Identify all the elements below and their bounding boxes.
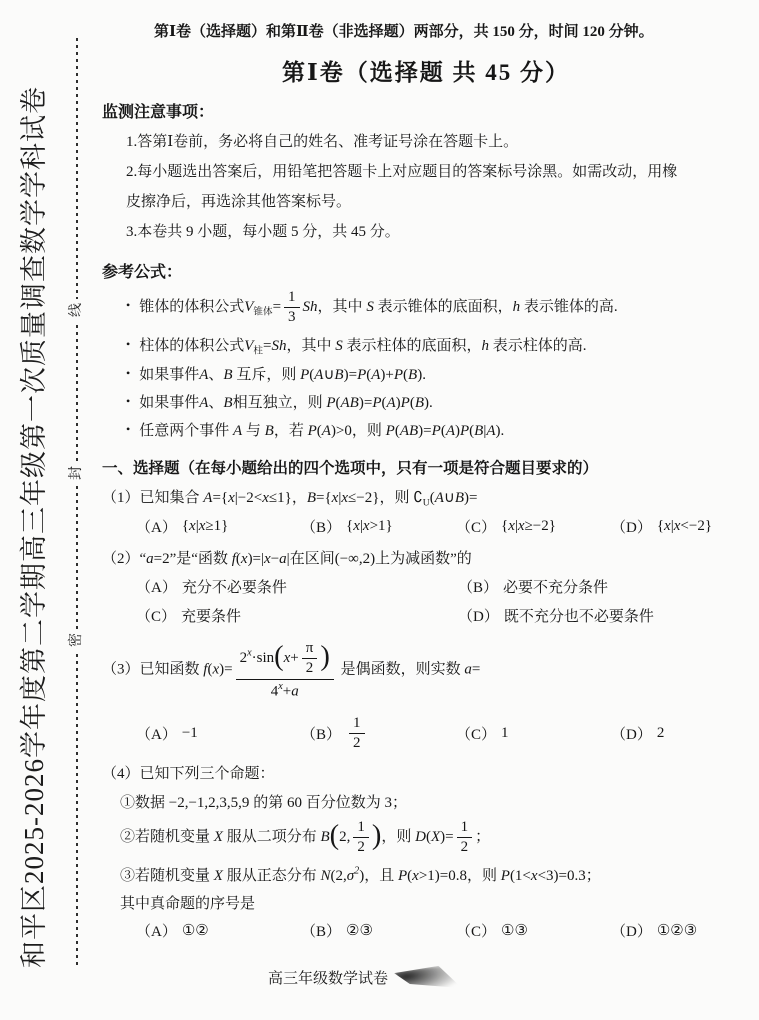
option-label: （C）	[456, 516, 496, 537]
math-run: −2,−1,2,3,5,9	[169, 795, 250, 811]
text-run: 其中真命题的序号是	[120, 896, 255, 912]
fraction: 12	[353, 819, 369, 857]
bullet-icon: •	[126, 298, 130, 312]
math-var: B	[408, 367, 417, 383]
text-run: 是偶函数，则实数	[337, 662, 465, 678]
math-var: P	[394, 367, 403, 383]
option-label: （C）	[136, 605, 176, 626]
text-run: 服从正态分布	[223, 868, 321, 884]
math-var: x	[363, 518, 370, 535]
math-var: h	[481, 338, 489, 354]
options-row: （A）{x|x≥1}（B）{x|x>1}（C）{x|x≥−2}（D）{x|x<−…	[102, 516, 750, 537]
math-run: +	[283, 683, 291, 699]
math-var: B	[415, 395, 424, 411]
option-label: （D）	[611, 920, 652, 941]
math-var: V	[244, 338, 253, 354]
math-var: D	[415, 829, 426, 845]
math-var: x	[262, 490, 269, 506]
option-label: （A）	[136, 920, 177, 941]
fraction-numerator: 2x·sin(x+π2)	[236, 640, 334, 680]
text-run: 既不充分也不必要条件	[504, 605, 654, 626]
text-run: ，其中	[286, 338, 335, 354]
math-run: )=	[219, 662, 232, 678]
math-run: |−2<	[235, 490, 262, 506]
question-stem: （4）已知下列三个命题：	[102, 762, 750, 783]
bullet-icon: •	[126, 337, 130, 351]
option-cell: （D）2	[611, 715, 750, 753]
big-paren: )	[372, 820, 382, 851]
math-run: ).	[496, 423, 505, 439]
math-var: B	[474, 423, 483, 439]
math-var: x	[412, 868, 419, 884]
math-var: A	[199, 395, 208, 411]
math-var: S	[366, 299, 374, 315]
options-row: （A）−1（B）12（C）1（D）2	[102, 715, 750, 753]
text-run: ，	[292, 490, 307, 506]
text-run: ②③	[346, 921, 373, 940]
math-run: ≤−2}	[348, 490, 379, 506]
question-subline: ③若随机变量 X 服从正态分布 N(2,σ2)，且 P(x>1)=0.8，则 P…	[120, 864, 750, 885]
option-label: （D）	[458, 605, 499, 626]
math-run: π	[306, 640, 314, 656]
math-var: σ	[347, 868, 354, 884]
text-run: 在区间	[290, 551, 335, 567]
math-run: <3)=0.3	[538, 868, 586, 884]
option-cell: （B）②③	[301, 920, 456, 941]
math-run: +	[290, 650, 298, 666]
text-run: ，其中	[318, 299, 367, 315]
math-run: )+	[380, 367, 393, 383]
math-run: =	[273, 299, 281, 315]
text-run: ②若随机变量	[120, 829, 214, 845]
math-var: A	[233, 423, 242, 439]
math-run: 2	[240, 650, 248, 666]
math-var: a	[146, 551, 154, 567]
math-run: )=	[464, 490, 477, 506]
math-var: V	[244, 299, 253, 315]
math-var: P	[308, 423, 317, 439]
math-var: A	[446, 423, 455, 439]
bullet-icon: •	[126, 422, 130, 436]
math-run: 1	[353, 715, 361, 731]
math-var: P	[386, 423, 395, 439]
math-var: x	[228, 490, 235, 506]
math-run: <−2}	[680, 518, 712, 535]
question-list: （1）已知集合 A={x|−2<x≤1}，B={x|x≤−2}，则 ∁U(A∪B…	[102, 486, 750, 941]
notice-list: 1.答第Ⅰ卷前，务必将自己的姓名、准考证号涂在答题卡上。2.每小题选出答案后，用…	[102, 127, 750, 247]
math-var: x	[664, 518, 671, 535]
text-run: ”是“函数	[170, 551, 232, 567]
option-cell: （B）必要不充分条件	[458, 576, 750, 597]
options-row: （A）①②（B）②③（C）①③（D）①②③	[102, 920, 750, 941]
seal-char: 封	[66, 462, 88, 484]
option-cell: （C）①③	[456, 920, 611, 941]
math-var: AB	[341, 395, 359, 411]
math-run: −	[271, 551, 279, 567]
text-run: 、	[208, 395, 223, 411]
option-label: （D）	[611, 516, 652, 537]
question-stem: （1）已知集合 A={x|−2<x≤1}，B={x|x≤−2}，则 ∁U(A∪B…	[102, 486, 750, 508]
text-run: 任意两个事件	[139, 423, 233, 439]
math-var: P	[432, 423, 441, 439]
choice-section-heading: 一、选择题（在每小题给出的四个选项中，只有一项是符合题目要求的）	[102, 456, 750, 478]
math-run: ≤1}	[269, 490, 292, 506]
text-run: 的第 60 百分位数为 3；	[249, 795, 407, 811]
text-run: 如果事件	[139, 367, 199, 383]
text-run: 如果事件	[139, 395, 199, 411]
option-cell: （C）{x|x≥−2}	[456, 516, 611, 537]
math-var: x	[353, 518, 360, 535]
bullet-icon: •	[126, 366, 130, 380]
math-var: A	[486, 423, 495, 439]
math-var: x	[189, 518, 196, 535]
option-label: （B）	[301, 920, 341, 941]
math-var: a	[291, 683, 299, 699]
math-run: )=	[344, 367, 357, 383]
text-run: 表示柱体的高.	[489, 338, 587, 354]
math-run: )=	[440, 829, 453, 845]
math-run: =	[472, 662, 480, 678]
math-run: (2,	[330, 868, 346, 884]
option-cell: （D）既不充分也不必要条件	[458, 605, 750, 626]
math-run: (−∞,2)	[335, 551, 375, 567]
math-var: AB	[400, 423, 418, 439]
fraction: 12	[349, 715, 365, 753]
text-run: ；	[586, 868, 601, 884]
math-var: x	[531, 868, 538, 884]
fraction: π2	[302, 640, 318, 678]
math-run: ∁	[413, 490, 423, 506]
question-stem: （3）已知函数 f(x)=2x·sin(x+π2)4x+a 是偶函数，则实数 a…	[102, 640, 750, 700]
math-var: X	[431, 829, 440, 845]
math-run: ).	[417, 367, 426, 383]
fraction-numerator: 1	[349, 715, 365, 734]
fraction: 2x·sin(x+π2)4x+a	[236, 640, 334, 700]
fraction-numerator: 1	[353, 819, 369, 838]
math-var: x	[674, 518, 681, 535]
math-run: 1	[288, 289, 296, 305]
fraction-denominator: 2	[357, 838, 365, 856]
option-cell: （B）{x|x>1}	[301, 516, 456, 537]
formula-line: •柱体的体积公式V柱=Sh，其中 S 表示柱体的底面积，h 表示柱体的高.	[102, 334, 750, 356]
text-run: ，且	[364, 868, 398, 884]
text-run: ，若	[274, 423, 308, 439]
math-var: X	[214, 829, 223, 845]
text-run: ①数据	[120, 795, 169, 811]
math-run: ={	[212, 490, 228, 506]
math-var: x	[518, 518, 525, 535]
math-run: >1)=0.8	[419, 868, 467, 884]
sidebar-exam-title: 和平区2025-2026学年度第二学期高三年级第一次质量调查数学学科试卷	[12, 88, 58, 968]
seal-char: 密	[66, 629, 88, 651]
fraction: 13	[284, 289, 300, 327]
seal-line	[76, 38, 78, 965]
fraction: 12	[457, 819, 473, 857]
math-var: x	[199, 518, 206, 535]
math-var: a	[279, 551, 287, 567]
math-run: 2	[306, 660, 314, 676]
seal-char: 线	[66, 299, 88, 321]
notice-line: 皮擦净后，再选涂其他答案标号。	[102, 187, 750, 217]
math-run: 2,	[339, 829, 350, 845]
page-curl-shadow	[394, 963, 462, 996]
option-cell: （C）1	[456, 715, 611, 753]
text-run: 表示柱体的底面积，	[343, 338, 482, 354]
question-subline: 其中真命题的序号是	[120, 892, 750, 913]
text-run: ，则	[379, 490, 413, 506]
math-var: P	[460, 423, 469, 439]
math-var: B	[307, 490, 316, 506]
subscript: 锥体	[253, 307, 272, 318]
math-var: P	[401, 395, 410, 411]
big-paren: )	[320, 641, 330, 672]
text-run: ①②	[182, 921, 209, 940]
text-run: （2）“	[102, 551, 146, 567]
math-var: B	[455, 490, 464, 506]
text-run: ③若随机变量	[120, 868, 214, 884]
option-label: （B）	[458, 576, 498, 597]
math-var: B	[223, 395, 232, 411]
option-cell: （A）−1	[136, 715, 301, 753]
text-run: 柱体的体积公式	[139, 338, 244, 354]
math-var: A	[322, 423, 331, 439]
text-run: （1）已知集合	[102, 490, 203, 506]
math-var: x	[508, 518, 515, 535]
math-run: ≥1}	[205, 518, 228, 535]
math-run: ∪	[323, 367, 334, 383]
page-title: 第Ⅰ卷（选择题 共 45 分）	[102, 54, 750, 87]
option-cell: （D）{x|x<−2}	[611, 516, 750, 537]
fraction-numerator: 1	[457, 819, 473, 838]
math-run: 3	[288, 309, 296, 325]
math-run: ={	[316, 490, 332, 506]
option-cell: （A）充分不必要条件	[136, 576, 458, 597]
math-run: =2	[154, 551, 170, 567]
text-run: 表示锥体的底面积，	[374, 299, 513, 315]
fraction-denominator: 4x+a	[271, 680, 299, 701]
math-run: ).	[424, 395, 433, 411]
math-var: x	[264, 551, 271, 567]
option-label: （A）	[136, 516, 177, 537]
text-run: 、	[208, 367, 223, 383]
math-var: x	[241, 551, 248, 567]
math-var: P	[300, 367, 309, 383]
option-label: （A）	[136, 576, 177, 597]
math-run: )=|	[248, 551, 264, 567]
math-run: )=	[359, 395, 372, 411]
notice-line: 1.答第Ⅰ卷前，务必将自己的姓名、准考证号涂在答题卡上。	[102, 127, 750, 157]
math-var: A	[199, 367, 208, 383]
math-run: 1	[501, 725, 509, 742]
math-var: h	[513, 299, 521, 315]
formulas-heading: 参考公式：	[102, 259, 750, 282]
exam-page: 和平区2025-2026学年度第二学期高三年级第一次质量调查数学学科试卷 线封密…	[0, 0, 759, 1020]
big-paren: (	[274, 641, 284, 672]
math-var: P	[398, 868, 407, 884]
text-run: 上为减函数”的	[375, 551, 472, 567]
text-run: 充要条件	[181, 605, 241, 626]
fraction-denominator: 3	[288, 308, 296, 326]
fraction-denominator: 2	[353, 734, 361, 752]
math-var: S	[335, 338, 343, 354]
text-run: 服从二项分布	[223, 829, 321, 845]
option-label: （D）	[611, 723, 652, 744]
math-run: 1	[461, 819, 469, 835]
math-run: 2	[461, 839, 469, 855]
question-subline: ②若随机变量 X 服从二项分布 B(2,12)，则 D(X)=12；	[120, 819, 750, 857]
fraction-numerator: π	[302, 640, 318, 659]
notice-line: 3.本卷共 9 小题，每小题 5 分，共 45 分。	[102, 217, 750, 247]
fraction-denominator: 2	[461, 838, 469, 856]
formula-line: •锥体的体积公式V锥体=13Sh，其中 S 表示锥体的底面积，h 表示锥体的高.	[102, 289, 750, 327]
subscript: 柱	[253, 345, 263, 356]
math-run: >1}	[370, 518, 393, 535]
fraction-denominator: 2	[306, 659, 314, 677]
option-label: （B）	[301, 723, 341, 744]
notice-heading: 监测注意事项：	[102, 99, 750, 122]
option-cell: （B）12	[301, 715, 456, 753]
math-var: Sh	[303, 299, 318, 315]
formula-line: •任意两个事件 A 与 B，若 P(A)>0，则 P(AB)=P(A)P(B|A…	[102, 419, 750, 440]
text-run: ①③	[501, 921, 528, 940]
formula-line: •如果事件A、B 互斥，则 P(A∪B)=P(A)+P(B).	[102, 363, 750, 384]
math-var: Sh	[271, 338, 286, 354]
option-cell: （C）充要条件	[136, 605, 458, 626]
option-label: （A）	[136, 723, 177, 744]
math-var: X	[214, 868, 223, 884]
math-run: ∪	[444, 490, 455, 506]
text-run: ；	[475, 829, 490, 845]
option-label: （C）	[456, 920, 496, 941]
text-run: ，则	[467, 868, 501, 884]
content: 第Ⅰ卷（选择题）和第Ⅱ卷（非选择题）两部分，共 150 分，时间 120 分钟。…	[102, 0, 750, 988]
text-run: （4）已知下列三个命题：	[102, 766, 275, 782]
math-var: P	[326, 395, 335, 411]
option-cell: （D）①②③	[611, 920, 750, 941]
text-run: ，则	[381, 829, 415, 845]
math-run: (1<	[510, 868, 531, 884]
bullet-icon: •	[126, 394, 130, 408]
math-run: −1	[182, 725, 198, 742]
math-run: )=	[418, 423, 431, 439]
text-run: 必要不充分条件	[503, 576, 608, 597]
math-run: 2	[353, 735, 361, 751]
math-var: B	[265, 423, 274, 439]
math-var: A	[435, 490, 444, 506]
math-var: B	[320, 829, 329, 845]
math-var: A	[386, 395, 395, 411]
text-run: 充分不必要条件	[182, 576, 287, 597]
math-run: ≥−2}	[525, 518, 556, 535]
math-var: P	[501, 868, 510, 884]
text-run: 相互独立，则	[233, 395, 327, 411]
subscript: U	[423, 497, 430, 508]
formula-list: •锥体的体积公式V锥体=13Sh，其中 S 表示锥体的底面积，h 表示锥体的高.…	[102, 289, 750, 440]
options-row: （A）充分不必要条件（B）必要不充分条件（C）充要条件（D）既不充分也不必要条件	[102, 576, 750, 626]
math-var: P	[357, 367, 366, 383]
text-run: 与	[242, 423, 265, 439]
math-run: 1	[357, 819, 365, 835]
math-var: a	[464, 662, 472, 678]
question-subline: ①数据 −2,−1,2,3,5,9 的第 60 百分位数为 3；	[120, 791, 750, 812]
math-run: ·sin	[252, 650, 275, 666]
option-label: （C）	[456, 723, 496, 744]
text-run: 表示锥体的高.	[520, 299, 618, 315]
fraction-numerator: 1	[284, 289, 300, 308]
math-run: 2	[357, 839, 365, 855]
text-run: ，则	[352, 423, 386, 439]
text-run: 锥体的体积公式	[139, 299, 244, 315]
formula-line: •如果事件A、B相互独立，则 P(AB)=P(A)P(B).	[102, 391, 750, 412]
math-var: B	[223, 367, 232, 383]
text-run: ①②③	[657, 921, 697, 940]
footer-label: 高三年级数学试卷	[268, 971, 388, 987]
option-cell: （A）①②	[136, 920, 301, 941]
text-run: 互斥，则	[233, 367, 301, 383]
question-stem: （2）“a=2”是“函数 f(x)=|x−a|在区间(−∞,2)上为减函数”的	[102, 547, 750, 568]
text-run: （3）已知函数	[102, 662, 203, 678]
option-cell: （A）{x|x≥1}	[136, 516, 301, 537]
math-run: {	[657, 518, 664, 535]
option-label: （B）	[301, 516, 341, 537]
math-run: 2	[657, 725, 665, 742]
intro-line: 第Ⅰ卷（选择题）和第Ⅱ卷（非选择题）两部分，共 150 分，时间 120 分钟。	[102, 20, 750, 41]
math-var: B	[334, 367, 343, 383]
big-paren: (	[330, 820, 340, 851]
math-var: N	[320, 868, 330, 884]
notice-line: 2.每小题选出答案后，用铅笔把答题卡上对应题目的答案标号涂黑。如需改动，用橡	[102, 157, 750, 187]
footer: 高三年级数学试卷	[268, 967, 750, 988]
math-run: {	[182, 518, 189, 535]
math-run: )>0	[331, 423, 352, 439]
